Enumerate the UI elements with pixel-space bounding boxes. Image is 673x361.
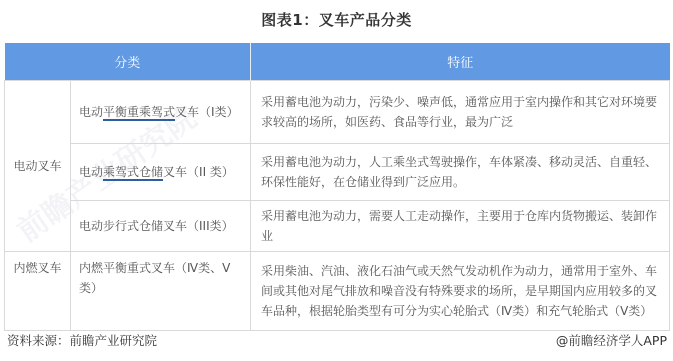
table-row: 电动乘驾式仓储叉车（II 类） 采用蓄电池为动力，人工乘坐式驾驶操作，车体紧凑、… bbox=[5, 144, 670, 201]
subtype-suffix: 叉车（II 类） bbox=[163, 165, 234, 179]
subtype-underlined: 平衡重乘驾式 bbox=[103, 105, 175, 121]
category-cell-combustion: 内燃叉车 bbox=[5, 252, 71, 331]
table-row: 电动叉车 电动平衡重乘驾式叉车（Ⅰ类） 采用蓄电池为动力，污染少、噪声低，通常应… bbox=[5, 81, 670, 144]
subtype-cell: 电动平衡重乘驾式叉车（Ⅰ类） bbox=[71, 81, 251, 144]
subtype-prefix: 电动 bbox=[79, 165, 103, 179]
feature-cell: 采用柴油、汽油、液化石油气或天然气发动机作为动力，通常用于室外、车间或其他对尾气… bbox=[251, 252, 670, 331]
subtype-cell: 内燃平衡重式叉车（Ⅳ类、Ⅴ类） bbox=[71, 252, 251, 331]
feature-cell: 采用蓄电池为动力，需要人工走动操作，主要用于仓库内货物搬运、装卸作业 bbox=[251, 201, 670, 252]
header-category: 分类 bbox=[5, 43, 251, 81]
table-row: 电动步行式仓储叉车（III类） 采用蓄电池为动力，需要人工走动操作，主要用于仓库… bbox=[5, 201, 670, 252]
classification-table: 分类 特征 电动叉车 电动平衡重乘驾式叉车（Ⅰ类） 采用蓄电池为动力，污染少、噪… bbox=[4, 43, 670, 331]
table-row: 内燃叉车 内燃平衡重式叉车（Ⅳ类、Ⅴ类） 采用柴油、汽油、液化石油气或天然气发动… bbox=[5, 252, 670, 331]
subtype-cell: 电动乘驾式仓储叉车（II 类） bbox=[71, 144, 251, 201]
app-credit: @前瞻经济学人APP bbox=[556, 331, 667, 349]
table-header-row: 分类 特征 bbox=[5, 43, 670, 81]
feature-cell: 采用蓄电池为动力，人工乘坐式驾驶操作，车体紧凑、移动灵活、自重轻、环保性能好，在… bbox=[251, 144, 670, 201]
subtype-suffix: 叉车（Ⅰ类） bbox=[175, 105, 239, 119]
subtype-prefix: 电动 bbox=[79, 105, 103, 119]
feature-cell: 采用蓄电池为动力，污染少、噪声低，通常应用于室内操作和其它对环境要求较高的场所，… bbox=[251, 81, 670, 144]
header-feature: 特征 bbox=[251, 43, 670, 81]
subtype-underlined: 乘驾式仓储 bbox=[103, 165, 163, 181]
subtype-cell: 电动步行式仓储叉车（III类） bbox=[71, 201, 251, 252]
source-note: 资料来源：前瞻产业研究院 bbox=[7, 331, 157, 349]
chart-title: 图表1：叉车产品分类 bbox=[0, 9, 673, 30]
category-cell-electric: 电动叉车 bbox=[5, 81, 71, 252]
